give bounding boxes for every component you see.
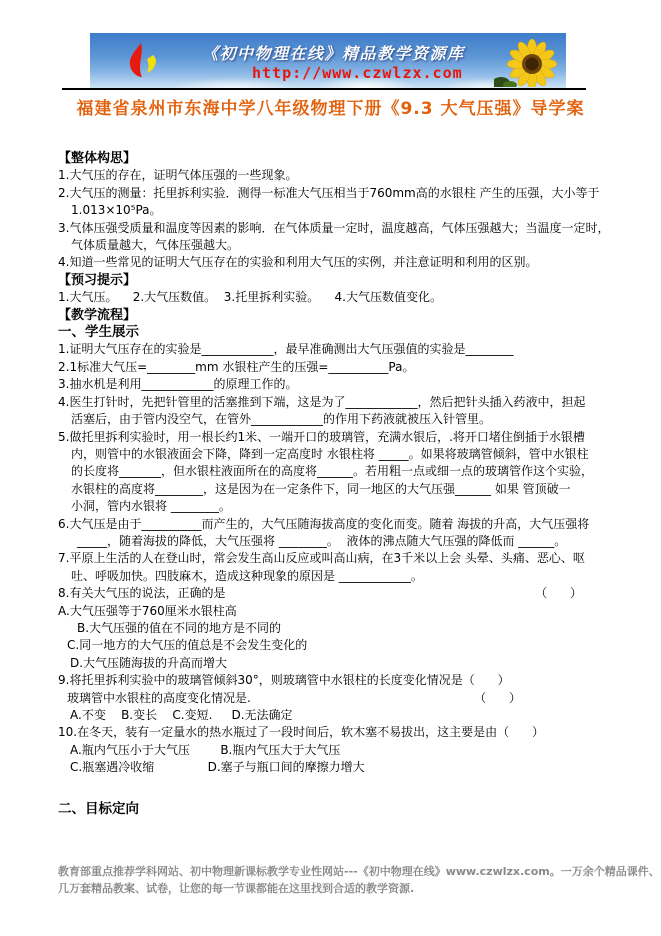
question-9-options: A.不变 B.变长 C.变短. D.无法确定: [58, 707, 638, 724]
section-heading-preview: 【预习提示】: [58, 272, 638, 289]
subsection-student-show: 一、学生展示: [58, 324, 638, 341]
section-heading-overall: 【整体构思】: [58, 150, 638, 167]
question-10-answer-bracket: （ ）: [497, 724, 544, 741]
question-9-text-2: 玻璃管中水银柱的高度变化情况是.: [67, 690, 251, 707]
banner-site-name: 《初中物理在线》精品教学资源库: [202, 41, 532, 64]
question-8-answer-bracket: （ ）: [535, 585, 582, 602]
worksheet-page: 《初中物理在线》精品教学资源库 http://www.czwlzx.com: [0, 0, 661, 936]
question-9-answer-bracket-2: （ ）: [474, 690, 521, 707]
question-8-option-c: C.同一地方的大气压的值总是不会发生变化的: [58, 637, 638, 654]
worksheet-body: 【整体构思】 1.大气压的存在，证明气体压强的一些现象。 2.大气压的测量：托里…: [58, 150, 638, 818]
overall-item-2-line-1: 2.大气压的测量：托里拆利实验．测得一标准大气压相当于760mm高的水银柱 产生…: [58, 185, 638, 202]
overall-item-2-line-2: 1.013×10⁵Pa。: [58, 202, 638, 219]
question-4-line-2: 活塞后，由于管内没空气，在管外____________的作用下药液就被压入针管里…: [58, 411, 638, 428]
page-title: 福建省泉州市东海中学八年级物理下册《9.3 大气压强》导学案: [0, 94, 661, 119]
question-6-line-1: 6.大气压是由于__________而产生的，大气压随海拔高度的变化而变。随着 …: [58, 516, 638, 533]
question-10-text: 10.在冬天，装有一定量水的热水瓶过了一段时间后，软木塞不易拔出，这主要是由: [58, 724, 497, 741]
question-9-text: 9.将托里拆利实验中的玻璃管倾斜30°，则玻璃管中水银柱的长度变化情况是: [58, 672, 463, 689]
site-logo-icon: [126, 42, 168, 84]
overall-item-1: 1.大气压的存在，证明气体压强的一些现象。: [58, 167, 638, 184]
question-9-line-1: 9.将托里拆利实验中的玻璃管倾斜30°，则玻璃管中水银柱的长度变化情况是 （ ）: [58, 672, 604, 689]
section-heading-flow: 【教学流程】: [58, 307, 638, 324]
question-9-answer-bracket-1: （ ）: [463, 672, 510, 689]
question-8-text: 8.有关大气压的说法，正确的是: [58, 585, 225, 602]
page-footer: 教育部重点推荐学科网站、初中物理新课标教学专业性网站---《初中物理在线》www…: [58, 863, 618, 897]
question-7-line-2: 吐、呼吸加快。四肢麻木，造成这种现象的原因是 ____________。: [58, 568, 638, 585]
question-2: 2.1标准大气压=________mm 水银柱产生的压强=__________P…: [58, 359, 638, 376]
overall-item-3-line-2: 气体质量越大，气体压强越大。: [58, 237, 638, 254]
question-5-line-4: 水银柱的高度将________，这是因为在一定条件下，同一地区的大气压强____…: [58, 481, 638, 498]
footer-line-1: 教育部重点推荐学科网站、初中物理新课标教学专业性网站---《初中物理在线》www…: [58, 863, 618, 880]
question-8-option-b: B.大气压强的值在不同的地方是不同的: [58, 620, 638, 637]
question-8: 8.有关大气压的说法，正确的是 （ ）: [58, 585, 604, 602]
footer-line-2: 几万套精品教案、试卷，让您的每一节课都能在这里找到合适的教学资源.: [58, 880, 618, 897]
question-5-line-5: 小洞，管内水银将 ________。: [58, 498, 638, 515]
question-1: 1.证明大气压存在的实验是____________，最早准确测出大气压强值的实验…: [58, 341, 638, 358]
question-9-line-2: 玻璃管中水银柱的高度变化情况是. （ ）: [58, 690, 613, 707]
question-5-line-3: 的长度将_______，但水银柱液面所在的高度将______。若用粗一点或细一点…: [58, 463, 638, 480]
question-4-line-1: 4.医生打针时，先把针管里的活塞推到下端，这是为了____________，然后…: [58, 394, 638, 411]
question-8-option-d: D.大气压随海拔的升高而增大: [58, 655, 638, 672]
sunflower-icon: [494, 33, 564, 88]
question-5-line-2: 内，则管中的水银液面会下降，降到一定高度时 水银柱将 _____。如果将玻璃管倾…: [58, 446, 638, 463]
question-5-line-1: 5.做托里拆利实验时，用一根长约1米、一端开口的玻璃管，充满水银后，.将开口堵住…: [58, 429, 638, 446]
question-3: 3.抽水机是利用____________的原理工作的。: [58, 376, 638, 393]
question-6-line-2: _____，随着海拔的降低，大气压强将 ________。 液体的沸点随大气压强…: [58, 533, 638, 550]
preview-topics: 1.大气压。 2.大气压数值。 3.托里拆利实验。 4.大气压数值变化。: [58, 289, 638, 306]
question-7-line-1: 7.平原上生活的人在登山时，常会发生高山反应或叫高山病，在3千米以上会 头晕、头…: [58, 550, 638, 567]
question-10: 10.在冬天，装有一定量水的热水瓶过了一段时间后，软木塞不易拔出，这主要是由 （…: [58, 724, 604, 741]
question-10-options-cd: C.瓶塞遇冷收缩 D.塞子与瓶口间的摩擦力增大: [58, 759, 638, 776]
overall-item-3-line-1: 3.气体压强受质量和温度等因素的影响．在气体质量一定时，温度越高，气体压强越大；…: [58, 220, 638, 237]
overall-item-4: 4.知道一些常见的证明大气压存在的实验和利用大气压的实例，并注意证明和利用的区别…: [58, 254, 638, 271]
banner-url-link[interactable]: http://www.czwlzx.com: [252, 64, 463, 82]
site-banner: 《初中物理在线》精品教学资源库 http://www.czwlzx.com: [90, 33, 566, 88]
question-10-options-ab: A.瓶内气压小于大气压 B.瓶内气压大于大气压: [58, 742, 638, 759]
subsection-target-orientation: 二、目标定向: [58, 801, 638, 818]
question-8-option-a: A.大气压强等于760厘米水银柱高: [58, 603, 638, 620]
header-divider: [62, 88, 586, 90]
